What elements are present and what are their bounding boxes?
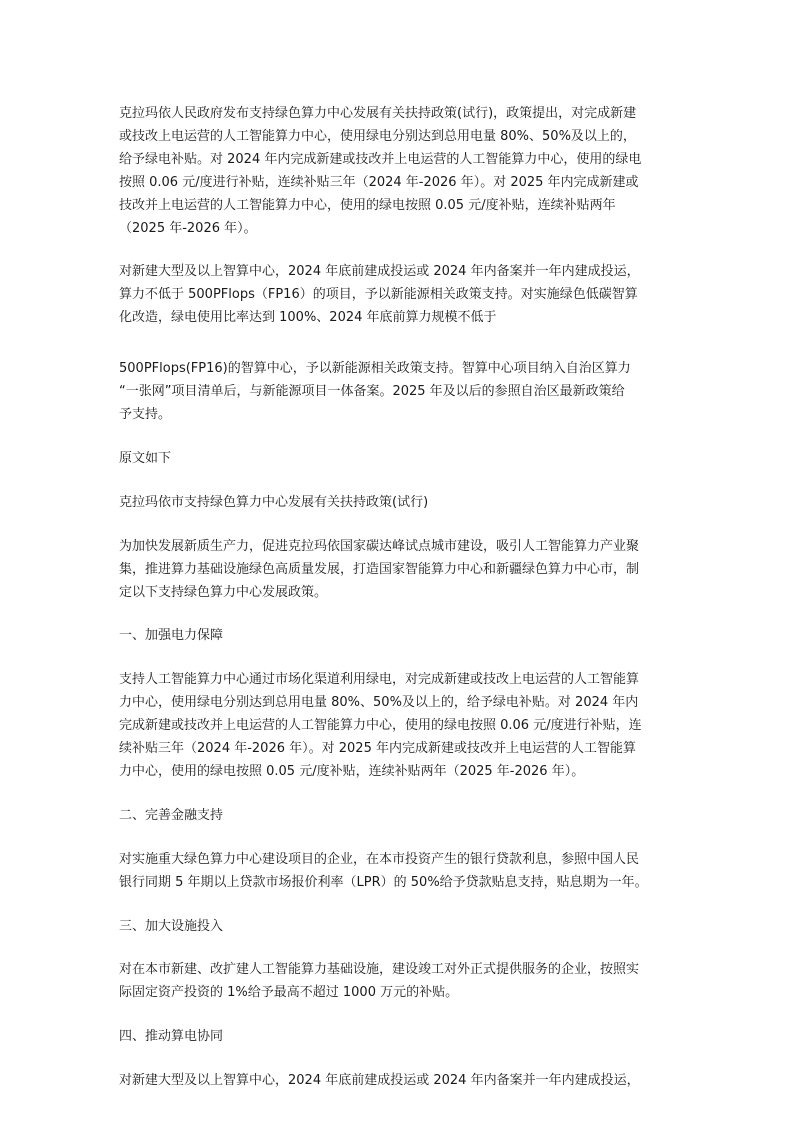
- intro-paragraph-2: 对新建大型及以上智算中心，2024 年底前建成投运或 2024 年内备案并一年内…: [119, 261, 679, 330]
- intro-paragraph-3: 500PFlops(FP16)的智算中心，予以新能源相关政策支持。智算中心项目纳…: [119, 358, 679, 427]
- text-line: 或技改上电运营的人工智能算力中心，使用绿电分别达到总用电量 80%、50%及以上…: [119, 126, 679, 149]
- section-body-facilities: 对在本市新建、改扩建人工智能算力基础设施，建设竣工对外正式提供服务的企业，按照实…: [119, 959, 679, 1005]
- policy-title: 克拉玛依市支持绿色算力中心发展有关扶持政策(试行): [119, 492, 679, 515]
- text-line: 二、完善金融支持: [119, 805, 679, 828]
- text-line: 力中心，使用的绿电按照 0.05 元/度补贴，连续补贴两年（2025 年-202…: [119, 761, 679, 784]
- document-page: 克拉玛依人民政府发布支持绿色算力中心发展有关扶持政策(试行)，政策提出，对完成新…: [119, 103, 679, 1114]
- text-line: “一张网”项目清单后，与新能源项目一体备案。2025 年及以后的参照自治区最新政…: [119, 381, 679, 404]
- text-line: 支持人工智能算力中心通过市场化渠道利用绿电，对完成新建或技改上电运营的人工智能算: [119, 669, 679, 692]
- text-line: 对新建大型及以上智算中心，2024 年底前建成投运或 2024 年内备案并一年内…: [119, 261, 679, 284]
- text-line: 算力不低于 500PFlops（FP16）的项目，予以新能源相关政策支持。对实施…: [119, 284, 679, 307]
- text-line: 技改并上电运营的人工智能算力中心，使用的绿电按照 0.05 元/度补贴，连续补贴…: [119, 195, 679, 218]
- intro-paragraph: 克拉玛依人民政府发布支持绿色算力中心发展有关扶持政策(试行)，政策提出，对完成新…: [119, 103, 679, 240]
- text-line: 予支持。: [119, 404, 679, 427]
- section-body-finance: 对实施重大绿色算力中心建设项目的企业，在本市投资产生的银行贷款利息，参照中国人民…: [119, 849, 679, 895]
- text-line: 化改造，绿电使用比率达到 100%、2024 年底前算力规模不低于: [119, 307, 679, 330]
- text-line: 三、加大设施投入: [119, 916, 679, 939]
- section-heading-power: 一、加强电力保障: [119, 625, 679, 648]
- text-line: 对新建大型及以上智算中心，2024 年底前建成投运或 2024 年内备案并一年内…: [119, 1070, 679, 1093]
- text-line: 四、推动算电协同: [119, 1026, 679, 1049]
- text-line: 力中心，使用绿电分别达到总用电量 80%、50%及以上的，给予绿电补贴。对 20…: [119, 692, 679, 715]
- section-heading-finance: 二、完善金融支持: [119, 805, 679, 828]
- text-line: 给予绿电补贴。对 2024 年内完成新建或技改并上电运营的人工智能算力中心，使用…: [119, 149, 679, 172]
- section-heading-coordination: 四、推动算电协同: [119, 1026, 679, 1049]
- text-line: 克拉玛依市支持绿色算力中心发展有关扶持政策(试行): [119, 492, 679, 515]
- text-line: （2025 年-2026 年）。: [119, 218, 679, 241]
- preamble-paragraph: 为加快发展新质生产力，促进克拉玛依国家碳达峰试点城市建设，吸引人工智能算力产业聚…: [119, 536, 679, 605]
- text-line: 对实施重大绿色算力中心建设项目的企业，在本市投资产生的银行贷款利息，参照中国人民: [119, 849, 679, 872]
- text-line: 克拉玛依人民政府发布支持绿色算力中心发展有关扶持政策(试行)，政策提出，对完成新…: [119, 103, 679, 126]
- text-line: 一、加强电力保障: [119, 625, 679, 648]
- section-heading-facilities: 三、加大设施投入: [119, 916, 679, 939]
- text-line: 原文如下: [119, 448, 679, 471]
- original-text-label: 原文如下: [119, 448, 679, 471]
- section-body-coordination: 对新建大型及以上智算中心，2024 年底前建成投运或 2024 年内备案并一年内…: [119, 1070, 679, 1093]
- text-line: 定以下支持绿色算力中心发展政策。: [119, 582, 679, 605]
- text-line: 为加快发展新质生产力，促进克拉玛依国家碳达峰试点城市建设，吸引人工智能算力产业聚: [119, 536, 679, 559]
- text-line: 银行同期 5 年期以上贷款市场报价利率（LPR）的 50%给予贷款贴息支持，贴息…: [119, 872, 679, 895]
- text-line: 按照 0.06 元/度进行补贴，连续补贴三年（2024 年-2026 年）。对 …: [119, 172, 679, 195]
- section-body-power: 支持人工智能算力中心通过市场化渠道利用绿电，对完成新建或技改上电运营的人工智能算…: [119, 669, 679, 784]
- text-line: 际固定资产投资的 1%给予最高不超过 1000 万元的补贴。: [119, 982, 679, 1005]
- text-line: 500PFlops(FP16)的智算中心，予以新能源相关政策支持。智算中心项目纳…: [119, 358, 679, 381]
- text-line: 续补贴三年（2024 年-2026 年）。对 2025 年内完成新建或技改并上电…: [119, 738, 679, 761]
- text-line: 对在本市新建、改扩建人工智能算力基础设施，建设竣工对外正式提供服务的企业，按照实: [119, 959, 679, 982]
- text-line: 完成新建或技改并上电运营的人工智能算力中心，使用的绿电按照 0.06 元/度进行…: [119, 715, 679, 738]
- text-line: 集，推进算力基础设施绿色高质量发展，打造国家智能算力中心和新疆绿色算力中心市，制: [119, 559, 679, 582]
